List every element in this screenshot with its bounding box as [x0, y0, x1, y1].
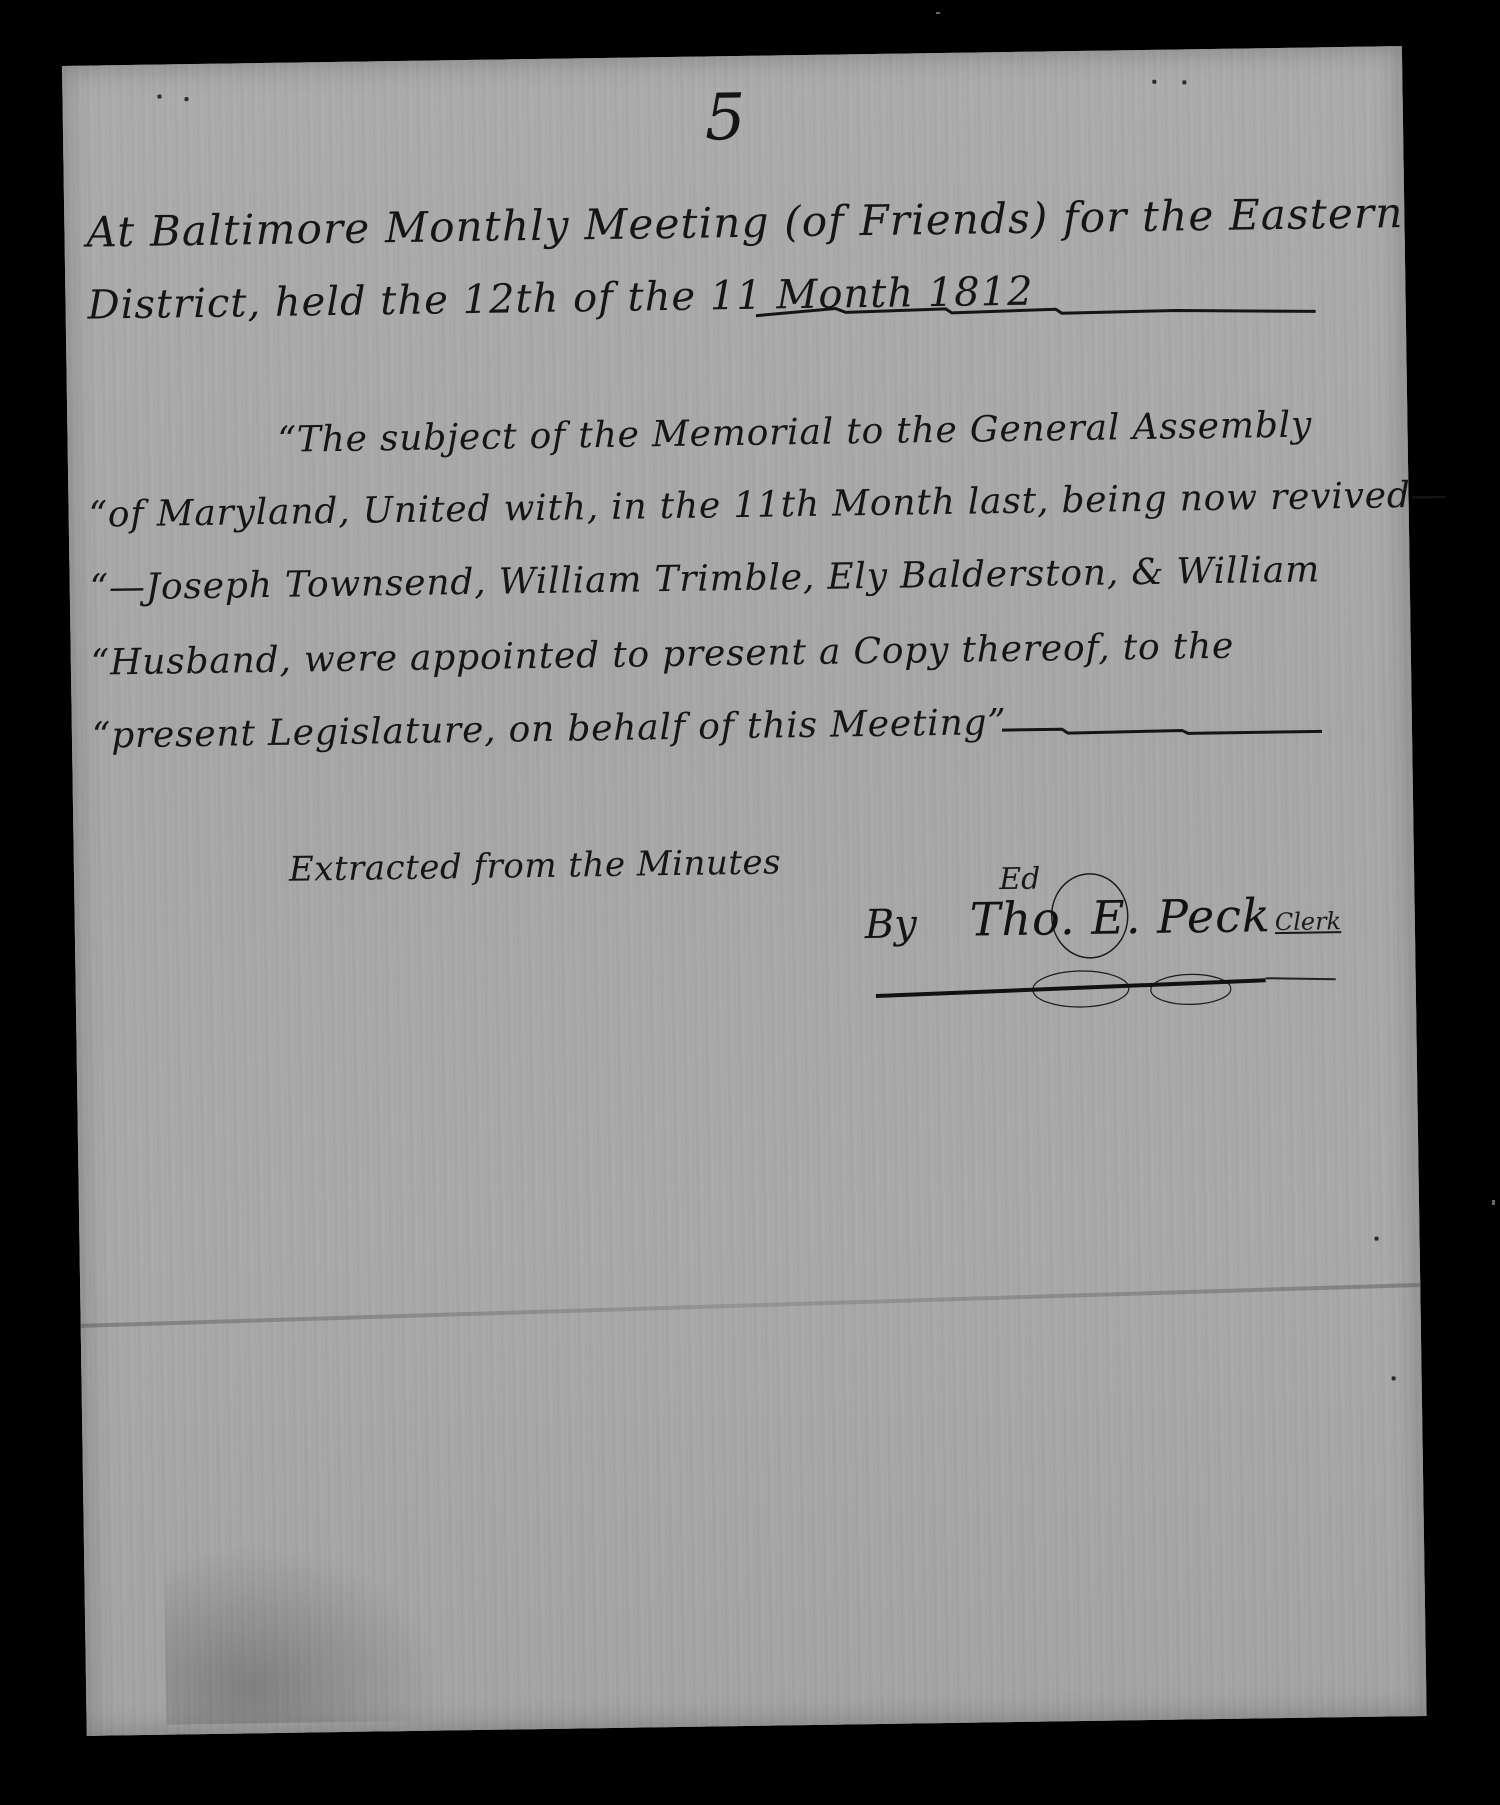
minute-line-2: “of Maryland, United with, in the 11th M… — [88, 477, 1447, 533]
ink-speck — [157, 95, 161, 99]
minute-end-flourish — [1002, 719, 1322, 738]
minute-line-3: “—Joseph Townsend, William Trimble, Ely … — [89, 552, 1320, 606]
minute-line-1: “The subject of the Memorial to the Gene… — [277, 407, 1312, 458]
page-number: 5 — [704, 86, 746, 151]
scan-artifact — [936, 12, 940, 14]
signature-name: Tho. E. Peck — [969, 888, 1271, 946]
minute-line-5: “present Legislature, on behalf of this … — [92, 705, 1007, 755]
ink-speck — [1182, 80, 1186, 84]
ink-speck — [1152, 80, 1156, 84]
document-page: 5 At Baltimore Monthly Meeting (of Frien… — [62, 46, 1427, 1736]
signature-by: By — [864, 901, 917, 948]
scan-artifact — [1492, 1200, 1495, 1205]
fold-line — [81, 1283, 1420, 1328]
heading-line-1: At Baltimore Monthly Meeting (of Friends… — [86, 192, 1404, 254]
clerk-signature: By Ed Tho. E. Peck Clerk — [864, 866, 1386, 1014]
extracted-from-minutes: Extracted from the Minutes — [289, 845, 782, 886]
signature-title-clerk: Clerk — [1275, 907, 1342, 936]
ink-speck — [1375, 1237, 1379, 1241]
scan-background: 5 At Baltimore Monthly Meeting (of Frien… — [0, 0, 1500, 1805]
ink-speck — [1392, 1376, 1396, 1380]
minute-line-4: “Husband, were appointed to present a Co… — [91, 629, 1235, 682]
paper-stain — [164, 1540, 447, 1724]
ink-speck — [184, 97, 188, 101]
